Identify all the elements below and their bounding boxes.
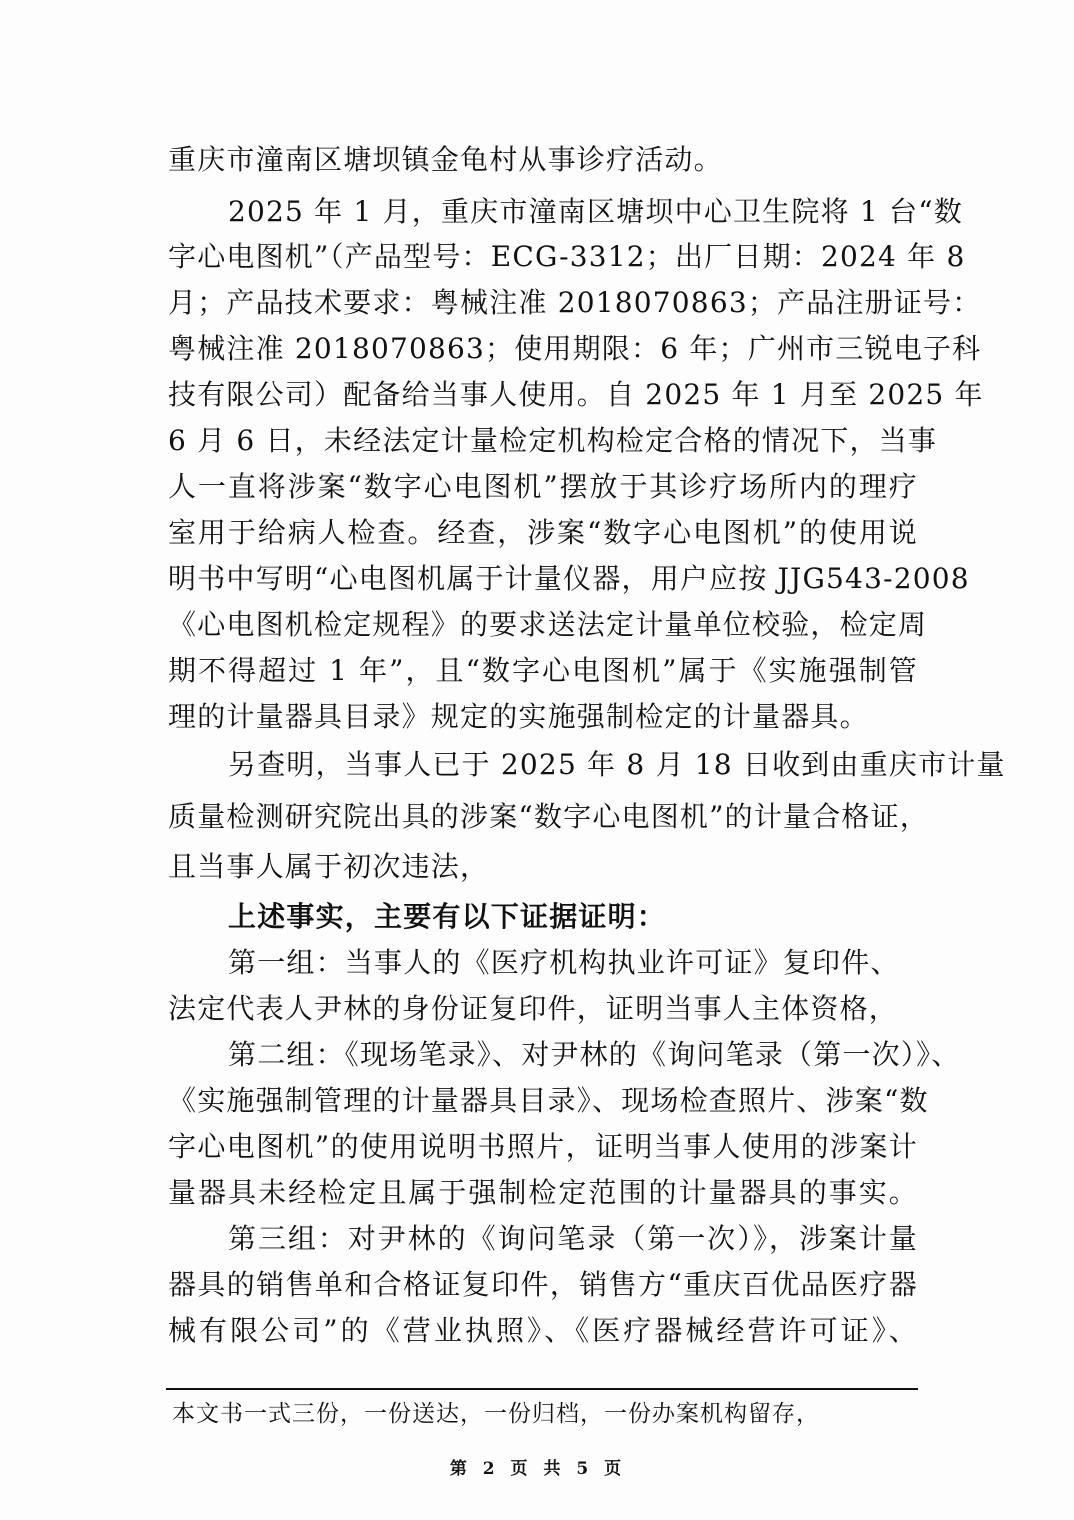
body-text-line: 理的计量器具目录》规定的实施强制检定的计量器具。 (168, 700, 918, 734)
body-text-line: 粤械注准 2018070863；使用期限：6 年；广州市三锐电子科 (168, 332, 918, 366)
body-text-line: 6 月 6 日，未经法定计量检定机构检定合格的情况下，当事 (168, 424, 918, 458)
body-text-line: 重庆市潼南区塘坝镇金龟村从事诊疗活动。 (168, 143, 918, 177)
body-text-line: 质量检测研究院出具的涉案“数字心电图机”的计量合格证， (168, 800, 918, 834)
body-text-line: 器具的销售单和合格证复印件，销售方“重庆百优品医疗器 (168, 1268, 918, 1302)
page-number: 第 2 页 共 5 页 (0, 1458, 1074, 1480)
section-heading: 上述事实，主要有以下证据证明： (228, 900, 918, 934)
body-text-line: 期不得超过 1 年”，且“数字心电图机”属于《实施强制管 (168, 654, 918, 688)
body-text-line: 第三组：对尹林的《询问笔录（第一次）》，涉案计量 (228, 1222, 918, 1256)
body-text-line: 《实施强制管理的计量器具目录》、现场检查照片、涉案“数 (168, 1084, 918, 1118)
body-text-line: 月；产品技术要求：粤械注准 2018070863；产品注册证号： (168, 286, 918, 320)
body-text-line: 第二组：《现场笔录》、对尹林的《询问笔录（第一次）》、 (228, 1038, 918, 1072)
body-text-line: 室用于给病人检查。经查，涉案“数字心电图机”的使用说 (168, 516, 918, 550)
body-text-line: 《心电图机检定规程》的要求送法定计量单位校验，检定周 (168, 608, 918, 642)
body-text-line: 人一直将涉案“数字心电图机”摆放于其诊疗场所内的理疗 (168, 470, 918, 504)
body-text-line: 量器具未经检定且属于强制检定范围的计量器具的事实。 (168, 1176, 918, 1210)
body-text-line: 技有限公司）配备给当事人使用。自 2025 年 1 月至 2025 年 (168, 378, 918, 412)
footer-note: 本文书一式三份，一份送达，一份归档，一份办案机构留存， (172, 1399, 820, 1429)
body-text-line: 字心电图机”的使用说明书照片，证明当事人使用的涉案计 (168, 1130, 918, 1164)
body-text-line: 另查明，当事人已于 2025 年 8 月 18 日收到由重庆市计量 (228, 748, 918, 782)
body-text-line: 明书中写明“心电图机属于计量仪器，用户应按 JJG543-2008 (168, 562, 918, 596)
body-text-line: 法定代表人尹林的身份证复印件，证明当事人主体资格， (168, 992, 918, 1026)
footer-divider (166, 1388, 918, 1390)
body-text-line: 且当事人属于初次违法， (168, 850, 918, 884)
body-text-line: 械有限公司”的《营业执照》、《医疗器械经营许可证》、 (168, 1314, 918, 1348)
body-text-line: 字心电图机”（产品型号：ECG-3312；出厂日期：2024 年 8 (168, 240, 918, 274)
body-text-line: 2025 年 1 月，重庆市潼南区塘坝中心卫生院将 1 台“数 (228, 195, 918, 229)
body-text-line: 第一组：当事人的《医疗机构执业许可证》复印件、 (228, 946, 918, 980)
document-page: 重庆市潼南区塘坝镇金龟村从事诊疗活动。2025 年 1 月，重庆市潼南区塘坝中心… (0, 0, 1074, 1520)
